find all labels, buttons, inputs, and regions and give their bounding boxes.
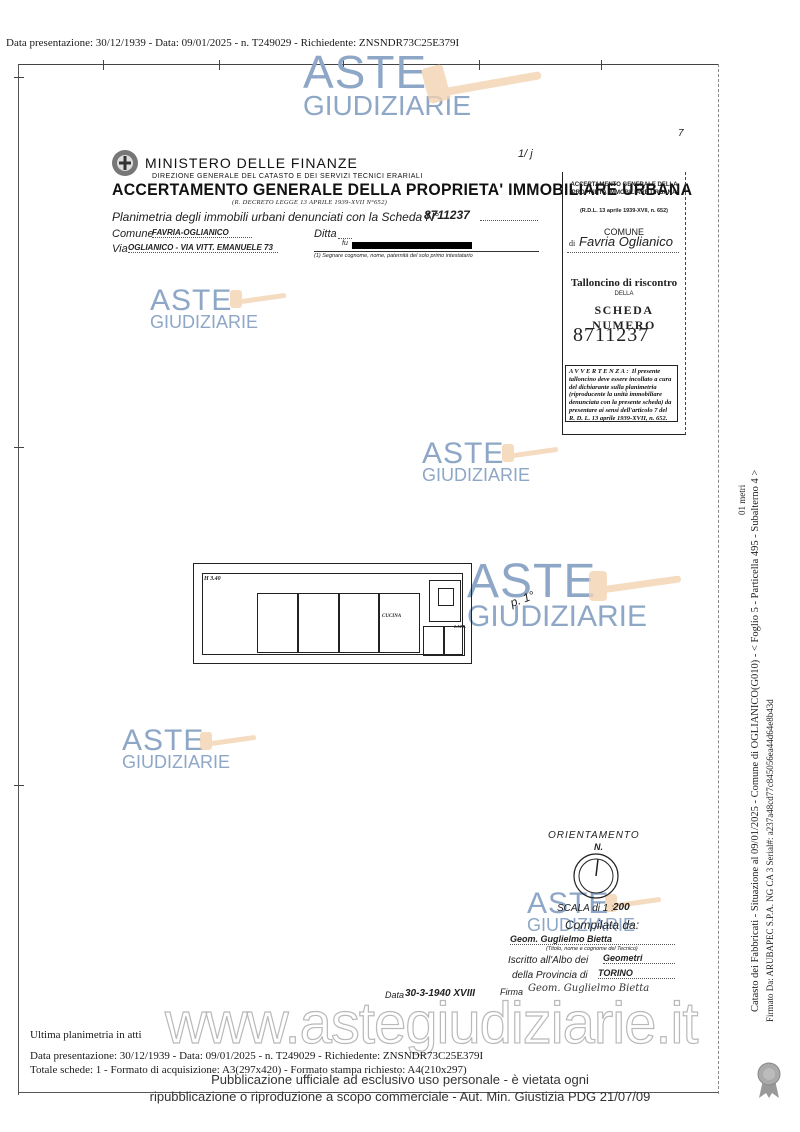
talloncino-heading: PROPRIETÀ IMMOBILIARE URBANA <box>563 190 685 196</box>
decree-reference: (R. DECRETO LEGGE 13 APRILE 1939-XVII N°… <box>232 199 387 206</box>
ditta-label: Ditta <box>314 228 337 240</box>
gavel-icon <box>228 286 288 316</box>
redacted-block <box>352 242 472 249</box>
scala-label: SCALA di 1 : <box>557 903 614 914</box>
tecnico-name: Geom. Guglielmo Bietta <box>510 934 675 945</box>
gavel-icon <box>198 728 258 758</box>
orientamento-label: ORIENTAMENTO <box>548 830 640 841</box>
footer-line-1: Data presentazione: 30/12/1939 - Data: 0… <box>30 1050 483 1062</box>
field-line <box>480 220 538 221</box>
provincia-value: TORINO <box>598 968 675 979</box>
scheda-number: 8711237 <box>424 208 470 222</box>
provincia-label: della Provincia di <box>512 970 588 981</box>
albo-value: Geometri <box>603 953 675 964</box>
room-latr-label: LATR. <box>454 624 466 629</box>
via-value: OGLIANICO - VIA VITT. EMANUELE 73 <box>128 243 278 253</box>
data-label: Data <box>385 990 404 1000</box>
field-line <box>338 238 352 239</box>
avvertenza-text: Il presente talloncino deve essere incol… <box>569 368 671 422</box>
frame-right-edge <box>718 64 719 1094</box>
floor-plan: H 3.40 CUCINA LATR. <box>193 563 472 664</box>
comune-label: Comune <box>112 228 154 240</box>
via-label: Via <box>112 243 128 255</box>
tecnico-caption: (Titolo, nome e cognome del Tecnico) <box>546 946 638 952</box>
data-value: 30-3-1940 XVIII <box>405 988 475 999</box>
gavel-icon <box>585 565 685 615</box>
fu-label: fu <box>342 240 348 247</box>
scala-value: 200 <box>613 902 630 913</box>
talloncino-comune-value: Favria Oglianico <box>579 234 673 249</box>
corner-note: 01 metri <box>737 485 747 515</box>
height-label: H 3.40 <box>204 576 221 582</box>
talloncino-di: di <box>569 239 575 248</box>
publication-notice-2: ripubblicazione o riproduzione a scopo c… <box>0 1089 800 1104</box>
firma-label: Firma <box>500 987 523 997</box>
talloncino-rdl: (R.D.L. 13 aprile 1939-XVII, n. 652) <box>563 208 685 214</box>
comune-value: FAVRIA-OGLIANICO <box>152 228 252 238</box>
room-kitchen-label: CUCINA <box>382 614 401 619</box>
ribbon-seal-icon <box>755 1060 783 1100</box>
talloncino-heading: ACCERTAMENTO GENERALE DELLA <box>563 182 685 188</box>
publication-notice-1: Pubblicazione ufficiale ad esclusivo uso… <box>0 1072 800 1087</box>
ultima-planimetria: Ultima planimetria in atti <box>30 1029 142 1041</box>
footnote: (1) Segnare cognome, nome, paternità del… <box>314 253 473 259</box>
ministry-name: MINISTERO DELLE FINANZE <box>145 155 358 171</box>
talloncino-scheda-number: 8711237 <box>573 324 649 347</box>
signature: Geom. Guglielmo Bietta <box>528 983 649 994</box>
field-line <box>314 251 539 252</box>
planimetria-label: Planimetria degli immobili urbani denunc… <box>112 210 439 224</box>
coat-of-arms-icon <box>110 147 140 179</box>
corner-mark: 1/ j <box>518 148 533 160</box>
watermark-url: www.astegiudiziarie.it <box>165 990 697 1057</box>
talloncino-della: DELLA <box>563 291 685 297</box>
gavel-icon <box>420 58 550 118</box>
compilata-label: Compilata da: <box>565 918 639 932</box>
signature-info: Firmato Da: ARUBAPEC S.P.A. NG CA 3 Seri… <box>765 699 775 1022</box>
gavel-icon <box>500 440 560 470</box>
avvertenza-box: AVVERTENZA: Il presente talloncino deve … <box>565 365 678 422</box>
albo-label: Iscritto all'Albo dei <box>508 955 588 966</box>
avvertenza-title: AVVERTENZA: <box>569 368 630 375</box>
page-mark: 7 <box>678 128 684 139</box>
compass-icon <box>571 851 621 901</box>
catasto-info: Catasto dei Fabbricati - Situazione al 0… <box>750 470 761 1012</box>
talloncino-label: Talloncino di riscontro <box>563 277 685 289</box>
direction-name: DIREZIONE GENERALE DEL CATASTO E DEI SER… <box>152 173 423 180</box>
